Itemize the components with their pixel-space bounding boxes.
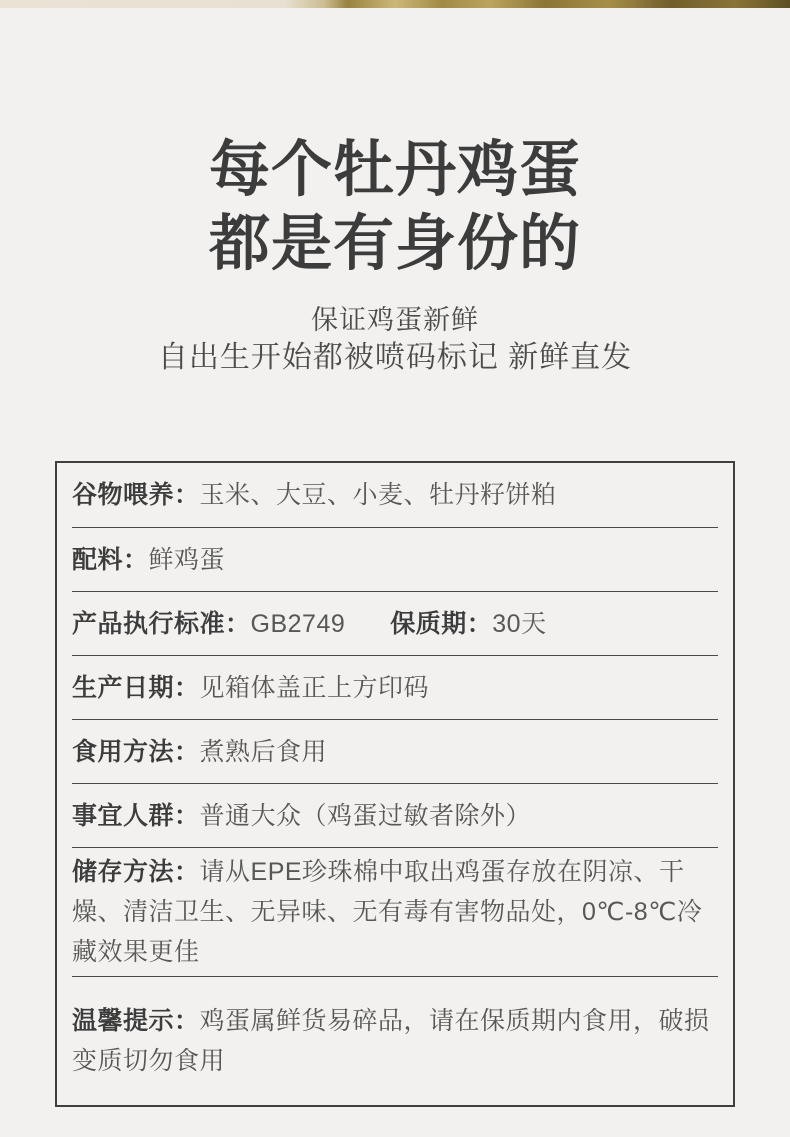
top-photo-strip: [0, 0, 790, 8]
row-value: 普通大众（鸡蛋过敏者除外）: [200, 802, 532, 830]
row-value-2: 30天: [492, 610, 546, 638]
row-value: 鲜鸡蛋: [149, 546, 226, 574]
row-text: 食用方法：煮熟后食用: [72, 732, 327, 772]
row-label: 储存方法：: [72, 858, 200, 886]
title-line-2: 都是有身份的: [0, 206, 790, 280]
row-label: 温馨提示：: [72, 1007, 200, 1035]
row-label: 产品执行标准：: [72, 610, 251, 638]
row-label: 食用方法：: [72, 738, 200, 766]
table-row: 温馨提示：鸡蛋属鲜货易碎品，请在保质期内食用，破损变质切勿食用: [72, 976, 718, 1105]
row-value: 玉米、大豆、小麦、牡丹籽饼粕: [200, 481, 557, 509]
hero-section: 每个牡丹鸡蛋 都是有身份的 保证鸡蛋新鲜 自出生开始都被喷码标记 新鲜直发: [0, 8, 790, 378]
table-row: 谷物喂养：玉米、大豆、小麦、牡丹籽饼粕: [72, 463, 718, 527]
table-row: 配料：鲜鸡蛋: [72, 527, 718, 591]
subtitle-freshness: 保证鸡蛋新鲜: [0, 303, 790, 337]
table-row: 食用方法：煮熟后食用: [72, 719, 718, 783]
row-text: 配料：鲜鸡蛋: [72, 540, 225, 580]
row-label: 事宜人群：: [72, 802, 200, 830]
row-value: 见箱体盖正上方印码: [200, 674, 430, 702]
row-label: 谷物喂养：: [72, 481, 200, 509]
row-text: 谷物喂养：玉米、大豆、小麦、牡丹籽饼粕: [72, 475, 557, 515]
row-text: 温馨提示：鸡蛋属鲜货易碎品，请在保质期内食用，破损变质切勿食用: [72, 1001, 718, 1081]
product-info-table: 谷物喂养：玉米、大豆、小麦、牡丹籽饼粕配料：鲜鸡蛋产品执行标准：GB2749保质…: [55, 461, 735, 1107]
subtitle-coding: 自出生开始都被喷码标记 新鲜直发: [0, 338, 790, 378]
title-line-1: 每个牡丹鸡蛋: [0, 132, 790, 206]
row-text: 事宜人群：普通大众（鸡蛋过敏者除外）: [72, 796, 531, 836]
table-row: 产品执行标准：GB2749保质期：30天: [72, 591, 718, 655]
table-row: 事宜人群：普通大众（鸡蛋过敏者除外）: [72, 783, 718, 847]
row-label: 配料：: [72, 546, 149, 574]
table-row: 储存方法：请从EPE珍珠棉中取出鸡蛋存放在阴凉、干燥、清洁卫生、无异味、无有毒有…: [72, 847, 718, 976]
row-text: 产品执行标准：GB2749保质期：30天: [72, 604, 547, 644]
row-text: 生产日期：见箱体盖正上方印码: [72, 668, 429, 708]
row-text: 储存方法：请从EPE珍珠棉中取出鸡蛋存放在阴凉、干燥、清洁卫生、无异味、无有毒有…: [72, 852, 718, 972]
row-value: GB2749: [251, 610, 346, 638]
row-label-2: 保质期：: [390, 610, 492, 638]
row-label: 生产日期：: [72, 674, 200, 702]
row-value: 煮熟后食用: [200, 738, 328, 766]
page-title: 每个牡丹鸡蛋 都是有身份的: [0, 132, 790, 280]
product-detail-page: 每个牡丹鸡蛋 都是有身份的 保证鸡蛋新鲜 自出生开始都被喷码标记 新鲜直发 谷物…: [0, 0, 790, 1137]
table-row: 生产日期：见箱体盖正上方印码: [72, 655, 718, 719]
